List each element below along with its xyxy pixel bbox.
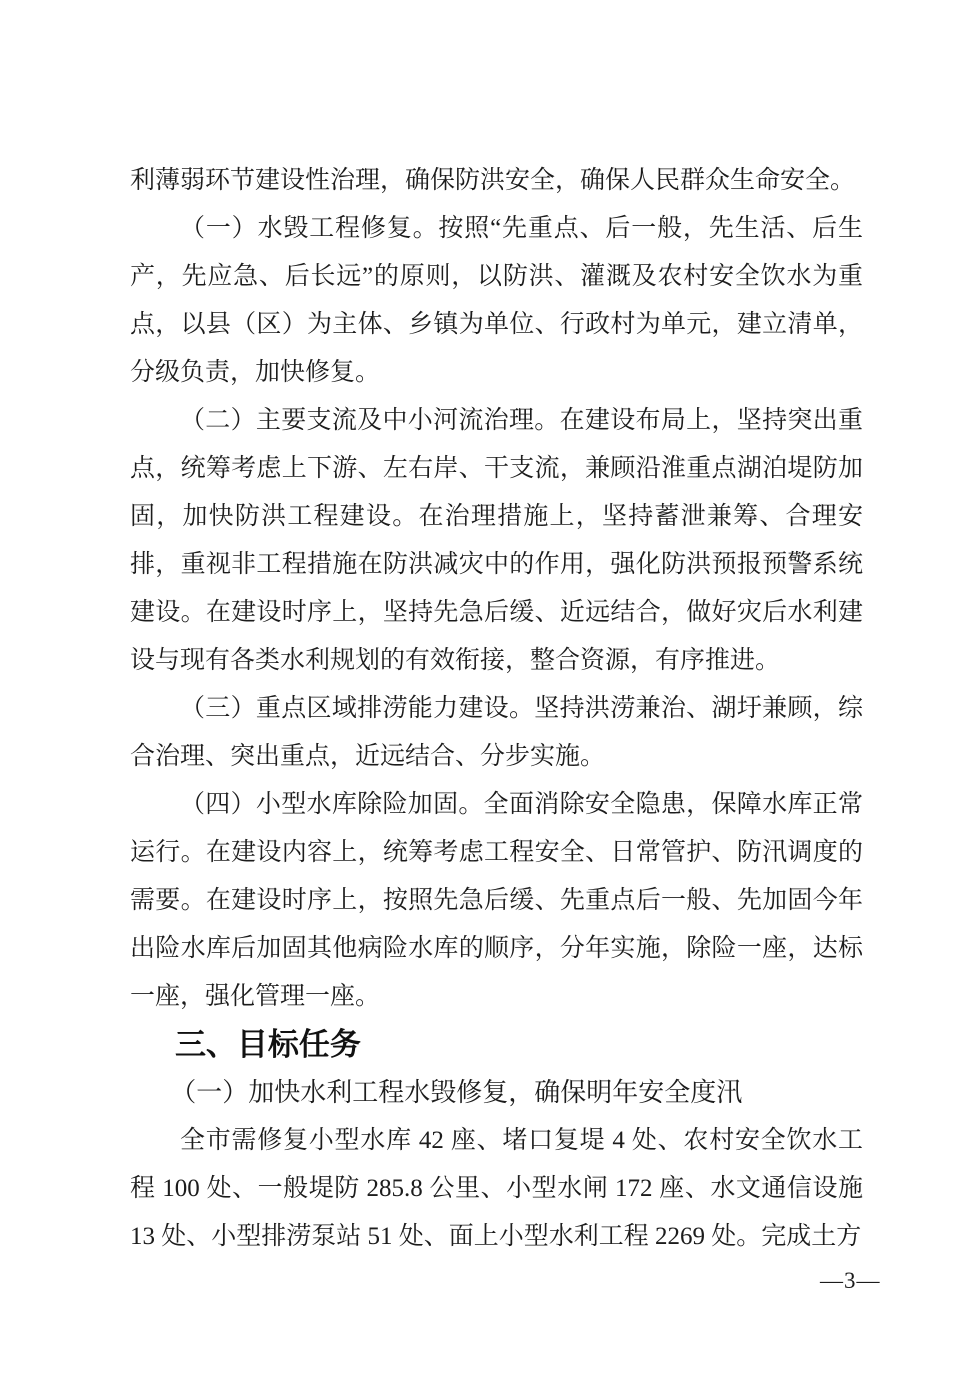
paragraph: （三）重点区域排涝能力建设。坚持洪涝兼治、湖圩兼顾，综合治理、突出重点，近远结合…	[130, 685, 863, 781]
section-heading: 三、目标任务	[130, 1021, 863, 1069]
document-body: 利薄弱环节建设性治理，确保防洪安全，确保人民群众生命安全。（一）水毁工程修复。按…	[130, 157, 863, 1261]
paragraph: （二）主要支流及中小河流治理。在建设布局上，坚持突出重点，统筹考虑上下游、左右岸…	[130, 397, 863, 685]
document-page: 利薄弱环节建设性治理，确保防洪安全，确保人民群众生命安全。（一）水毁工程修复。按…	[0, 0, 980, 1385]
paragraph: （四）小型水库除险加固。全面消除安全隐患，保障水库正常运行。在建设内容上，统筹考…	[130, 781, 863, 1021]
page-number: —3—	[820, 1268, 881, 1294]
paragraph: 利薄弱环节建设性治理，确保防洪安全，确保人民群众生命安全。	[130, 157, 863, 205]
paragraph: （一）水毁工程修复。按照“先重点、后一般，先生活、后生产，先应急、后长远”的原则…	[130, 205, 863, 397]
paragraph: 全市需修复小型水库 42 座、堵口复堤 4 处、农村安全饮水工程 100 处、一…	[130, 1117, 863, 1261]
subsection-heading: （一）加快水利工程水毁修复，确保明年安全度汛	[130, 1069, 863, 1117]
